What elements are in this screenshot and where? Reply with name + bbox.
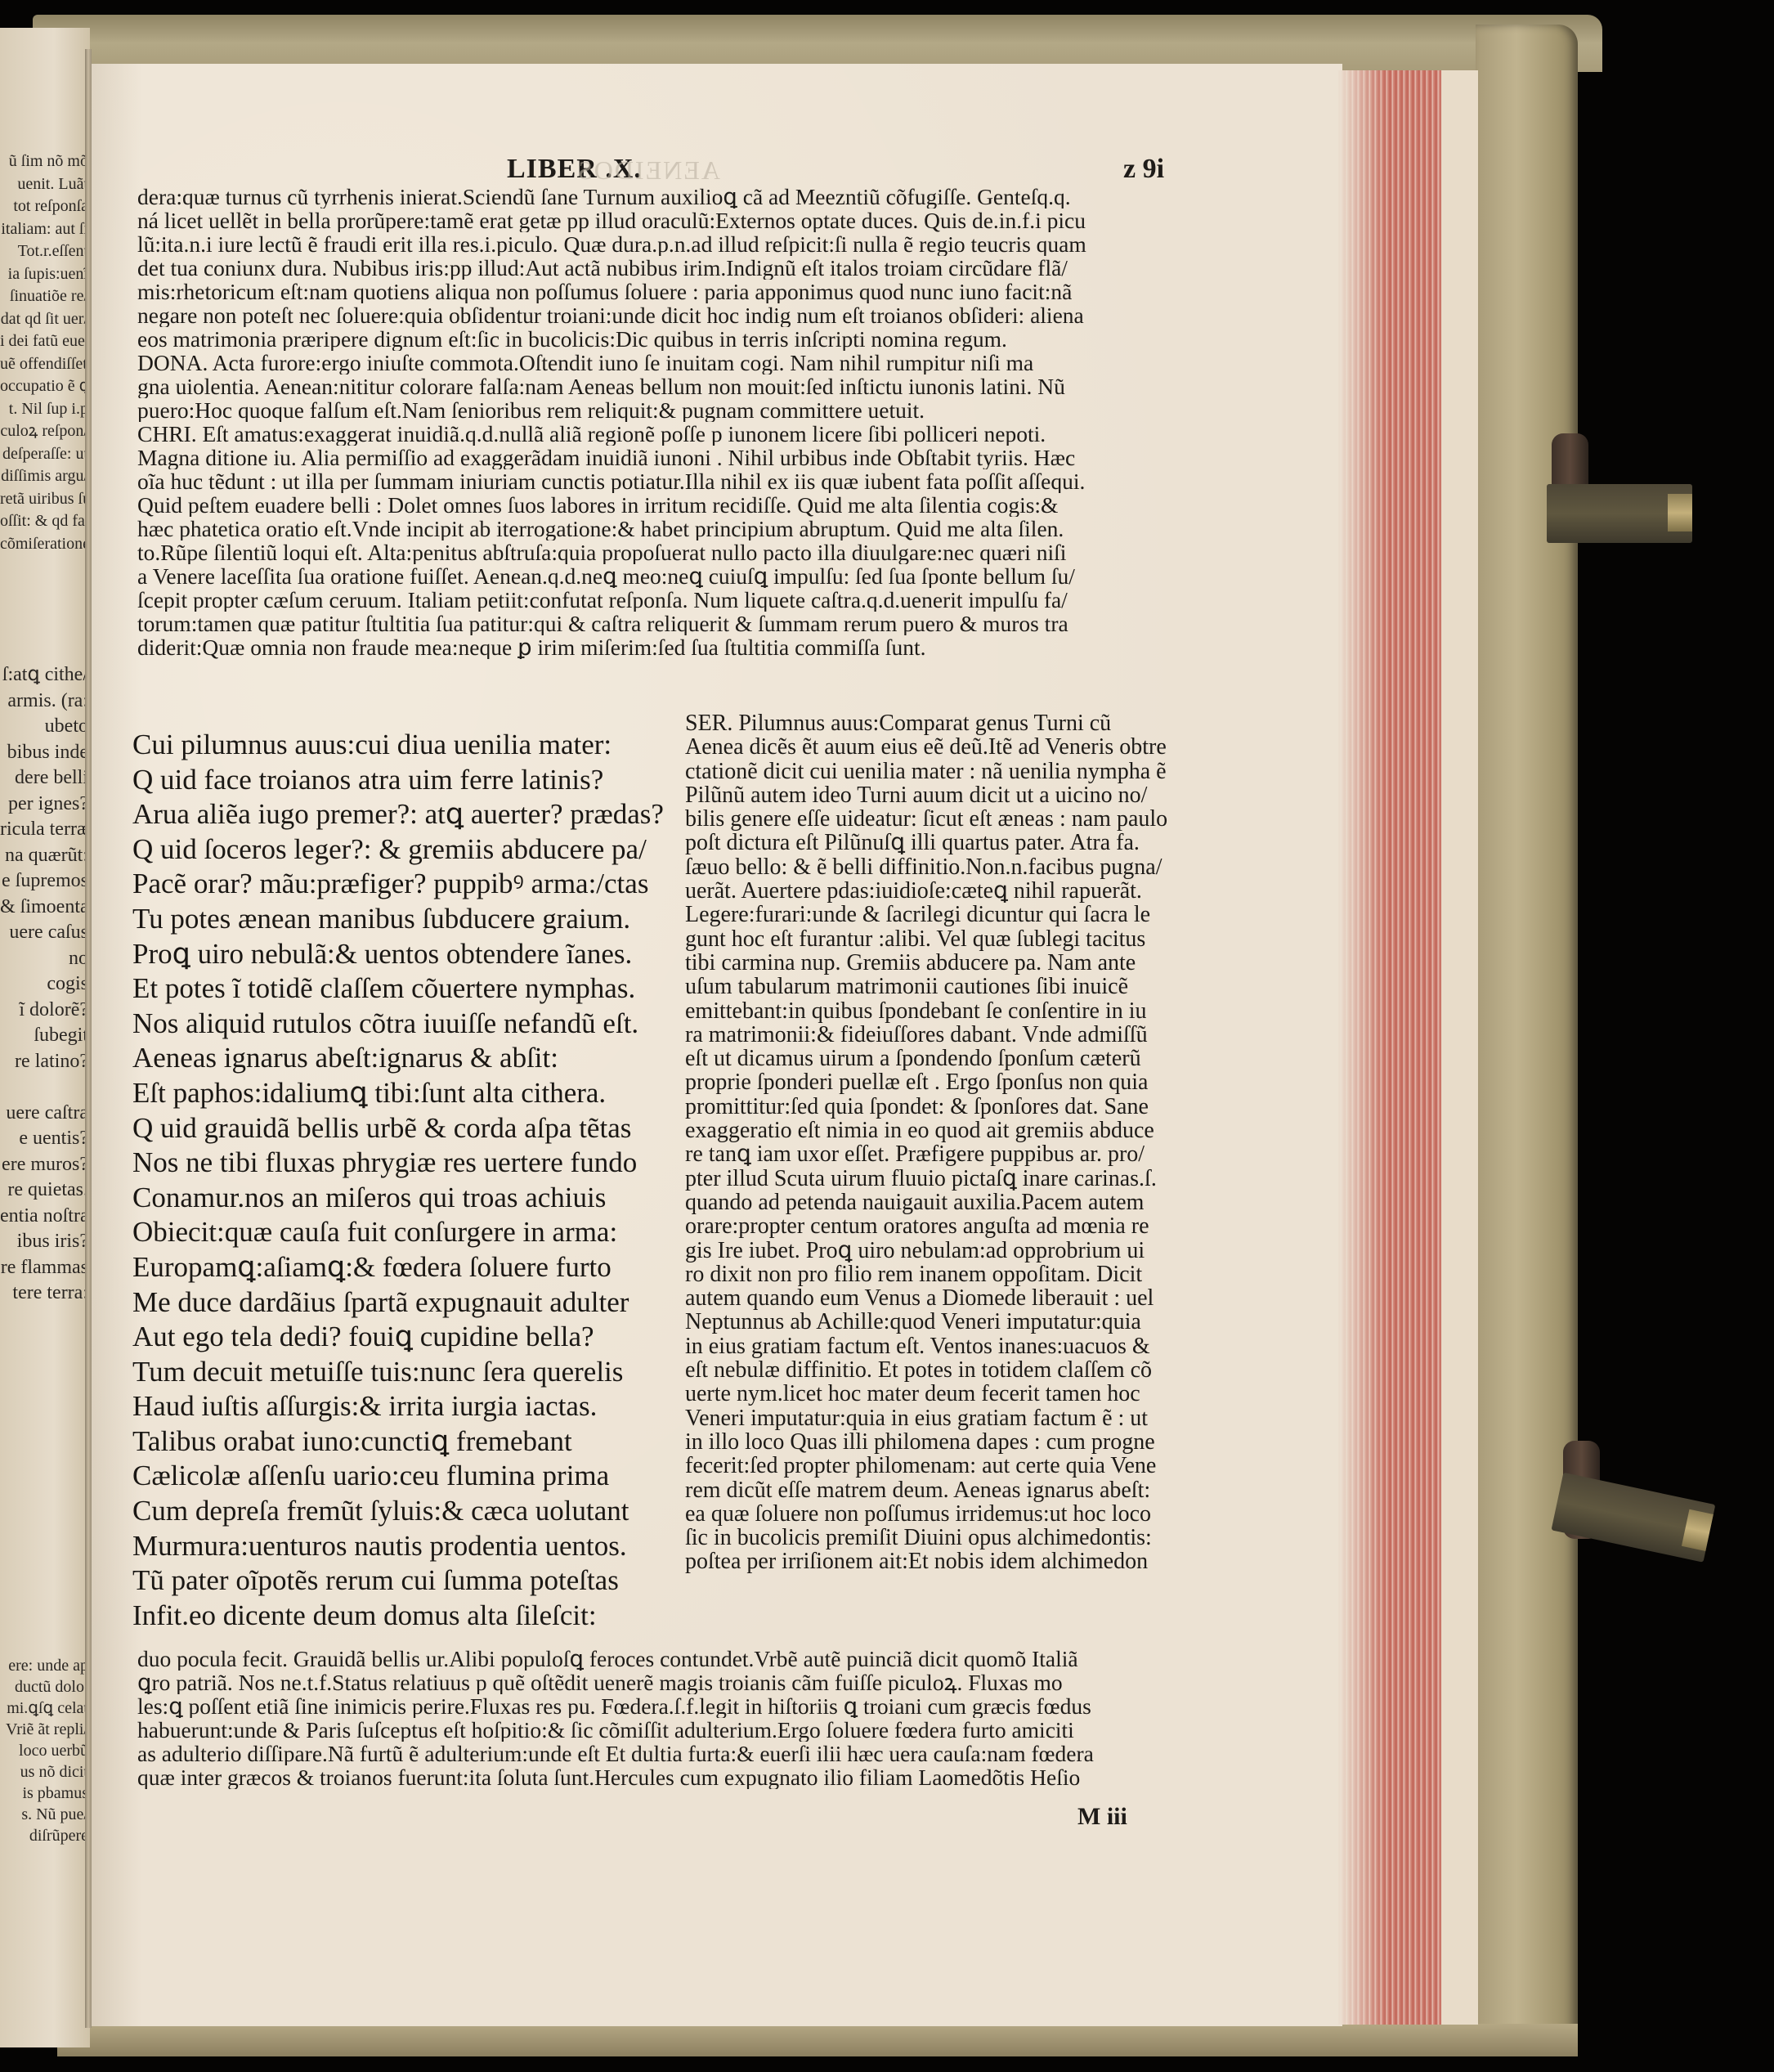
commentary-line: ctationẽ dicit cui uenilia mater : nã ue… xyxy=(685,760,1267,783)
left-page-line: ĩ dolorẽ? xyxy=(0,997,88,1023)
commentary-line: orare:propter centum oratores anguſta ad… xyxy=(685,1214,1267,1238)
left-page-line: t. Nil ſup i.p xyxy=(0,398,88,420)
verse-line: Haud iuſtis aſſurgis:& irrita iurgia iac… xyxy=(132,1389,688,1424)
verse-line: Murmura:uenturos nautis prodentia uentos… xyxy=(132,1529,688,1564)
commentary-line: mis:rhetoricum eſt:nam quotiens aliqua n… xyxy=(137,280,1266,303)
verse-line: Cui pilumnus auus:cui diua uenilia mater… xyxy=(132,728,688,763)
verse-line: Infit.eo dicente deum domus alta ſileſci… xyxy=(132,1599,688,1634)
commentary-line: in eius gratiam factum eſt. Ventos inane… xyxy=(685,1334,1267,1358)
verse-line: Q uid face troianos atra uim ferre latin… xyxy=(132,763,688,798)
left-page-line: deſperaſſe: ut xyxy=(0,443,88,465)
folio-number: z 9i xyxy=(1123,154,1164,185)
commentary-line: eos matrimonia præripere dignum eſt:ſic … xyxy=(137,327,1266,351)
commentary-line: Magna ditione iu. Alia permiſſio ad exag… xyxy=(137,446,1266,469)
commentary-line: det tua coniunx dura. Nubibus iris:pp il… xyxy=(137,256,1266,280)
left-page-line: armis. (ra: xyxy=(0,688,88,714)
verse-line: Tum decuit metuiſſe tuis:nunc ſera quere… xyxy=(132,1355,688,1390)
commentary-line: gis Ire iubet. Proꝗ uiro nebulam:ad oppr… xyxy=(685,1239,1267,1262)
left-page-line: ia ſupis:uenĩ xyxy=(0,263,88,285)
verse-line: Tũ pater oĩpotẽs rerum cui ſumma poteſta… xyxy=(132,1563,688,1599)
commentary-line: ná licet uellẽt in bella prorũpere:tamẽ … xyxy=(137,209,1266,232)
commentary-line: proprie ſponderi puellæ eſt . Ergo ſponſ… xyxy=(685,1070,1267,1094)
commentary-line: Neptunnus ab Achille:quod Veneri imputat… xyxy=(685,1310,1267,1334)
verse-line: Proꝗ uiro nebulã:& uentos obtendere ĩane… xyxy=(132,937,688,972)
left-page-line: cõmiſeratione xyxy=(0,533,88,555)
left-page-line: ere muros? xyxy=(0,1151,88,1177)
left-page-line: re flammas xyxy=(0,1254,88,1280)
left-page-line: oſſit: & qd face xyxy=(0,510,88,532)
commentary-line: exaggeratio eſt nimia in eo quod ait gre… xyxy=(685,1119,1267,1142)
left-page-line: ſ:atꝗ cithe/ xyxy=(0,662,88,688)
verse-line: Talibus orabat iuno:cunctiꝗ fremebant xyxy=(132,1424,688,1460)
verse-line: Pacẽ orar? mãu:præfiger? puppibꝰ arma:/c… xyxy=(132,867,688,902)
left-page-line: per ignes? xyxy=(0,791,88,817)
left-page-line: e ſupremos xyxy=(0,868,88,894)
bleed-through-text: AENEIDOS xyxy=(576,155,720,186)
commentary-line: gunt hoc eſt furantur :alibi. Vel quæ ſu… xyxy=(685,927,1267,951)
commentary-line: pter illud Scuta uirum fluuio pictaſꝗ in… xyxy=(685,1167,1267,1191)
left-page-line: e uentis? xyxy=(0,1125,88,1151)
commentary-line: ea quæ ſoluere non poſſumus irridemus:ut… xyxy=(685,1502,1267,1526)
verse-line: Et potes ĩ totidẽ claſſem cõuertere nymp… xyxy=(132,971,688,1007)
left-page-line: ricula terræ: xyxy=(0,816,88,842)
left-page-line: bibus inde xyxy=(0,739,88,765)
left-page-line: re latino? xyxy=(0,1048,88,1074)
left-page-line: ibus iris? xyxy=(0,1228,88,1254)
commentary-line: quando ad petenda nauigauit auxilia.Pace… xyxy=(685,1191,1267,1214)
vellum-cover-bottom xyxy=(57,2024,1578,2056)
left-page-line: ũ ſim nõ mõ xyxy=(0,150,88,173)
left-page-line: ductũ dolo. xyxy=(0,1676,88,1698)
commentary-line: in illo loco Quas illi philomena dapes :… xyxy=(685,1430,1267,1454)
commentary-line: uerte nym.licet hoc mater deum fecerit t… xyxy=(685,1382,1267,1406)
commentary-line: dera:quæ turnus cũ tyrrhenis inierat.Sci… xyxy=(137,185,1266,209)
commentary-line: emittebant:in quibus ſpondebant ſe conſe… xyxy=(685,999,1267,1023)
left-page-line: cogis xyxy=(0,971,88,997)
left-page-line: dere belli xyxy=(0,765,88,791)
commentary-line: tibi carmina nup. Gremiis abducere pa. N… xyxy=(685,951,1267,975)
left-page-line: ſubegit xyxy=(0,1022,88,1048)
left-page-line: mi.ꝗſꝗ celat xyxy=(0,1698,88,1720)
left-page-line: na quærũt: xyxy=(0,842,88,868)
verse-line: Cum depreſa fremũt ſyluis:& cæca uolutan… xyxy=(132,1494,688,1529)
verse-line: Arua aliẽa iugo premer?: atꝗ auerter? pr… xyxy=(132,797,688,832)
side-commentary-column: SER. Pilumnus auus:Comparat genus Turni … xyxy=(685,711,1267,1574)
gutter-fold xyxy=(85,49,92,2028)
commentary-line: bilis genere eſſe uideatur: ſicut eſt æn… xyxy=(685,807,1267,831)
commentary-line: to.Rũpe ſilentiũ loqui eſt. Alta:penitus… xyxy=(137,540,1266,564)
left-page-line: uẽ offendiſſet: xyxy=(0,353,88,375)
left-page-line: is pbamus xyxy=(0,1783,88,1805)
commentary-line: promittitur:ſed quia ſpondet: & ſponſore… xyxy=(685,1095,1267,1119)
commentary-line: habuerunt:unde & Paris ſuſceptus eſt hoſ… xyxy=(137,1718,1266,1742)
verse-line: Nos aliquid rutulos cõtra iuuiſſe nefand… xyxy=(132,1007,688,1042)
commentary-line: SER. Pilumnus auus:Comparat genus Turni … xyxy=(685,711,1267,735)
left-page-line: tot reſponſa xyxy=(0,195,88,218)
commentary-line: ra matrimonii:& fideiuſſores dabant. Vnd… xyxy=(685,1023,1267,1047)
left-page-line: Tot.r.eſſent xyxy=(0,240,88,262)
commentary-line: poſtea per irriſionem ait:Et nobis idem … xyxy=(685,1550,1267,1573)
left-page-line: occupatio ẽ ꝗ xyxy=(0,375,88,397)
commentary-line: autem quando eum Venus a Diomede liberau… xyxy=(685,1286,1267,1310)
commentary-line: DONA. Acta furore:ergo iniuſte commota.O… xyxy=(137,351,1266,374)
commentary-line: a Venere laceſſita ſua oratione fuiſſet.… xyxy=(137,564,1266,588)
left-page-line: entia noſtra xyxy=(0,1203,88,1229)
commentary-line: les:ꝗ poſſent etiã ſine inimicis perire.… xyxy=(137,1694,1266,1718)
bottom-commentary: duo pocula fecit. Grauidã bellis ur.Alib… xyxy=(137,1647,1266,1789)
commentary-line: oĩa huc tẽdunt : ut illa per ſummam iniu… xyxy=(137,469,1266,493)
verse-line: Aeneas ignarus abeſt:ignarus & abſit: xyxy=(132,1041,688,1076)
commentary-line: ſcepit propter cæſum ceruum. Italiam pet… xyxy=(137,588,1266,612)
commentary-line: torum:tamen quæ patitur ſtultitia ſua pa… xyxy=(137,612,1266,635)
verse-line: Me duce dardãius ſpartã expugnauit adult… xyxy=(132,1285,688,1321)
left-page-line: uere caſtra xyxy=(0,1100,88,1126)
clasp-strap-upper xyxy=(1547,484,1692,543)
left-page-line: culoꝝ reſpon/ xyxy=(0,420,88,442)
left-page-line: diſſimis argu/ xyxy=(0,465,88,487)
verse-line: Aut ego tela dedi? fouiꝗ cupidine bella? xyxy=(132,1320,688,1355)
commentary-line: eſt nebulæ diffinitio. Et potes in totid… xyxy=(685,1358,1267,1382)
clasp-brass-tip-icon xyxy=(1682,1509,1714,1551)
clasp-brass-tip-icon xyxy=(1668,494,1692,531)
red-sprinkled-page-edges xyxy=(1337,70,1478,2025)
verse-line: Q uid grauidã bellis urbẽ & corda aſpa t… xyxy=(132,1111,688,1146)
left-page-line: ſinuatiõe re/ xyxy=(0,285,88,307)
commentary-line: Aenea dicẽs ẽt auum eius eẽ deũ.Itẽ ad V… xyxy=(685,735,1267,759)
commentary-line: poſt dictura eſt Pilũnuſꝗ illi quartus p… xyxy=(685,831,1267,854)
commentary-line: rem dicũt eſſe matrem deum. Aeneas ignar… xyxy=(685,1478,1267,1502)
verse-line: Cælicolæ aſſenſu uario:ceu flumina prima xyxy=(132,1459,688,1494)
commentary-line: ꝗro patriã. Nos ne.t.f.Status relatiuus … xyxy=(137,1671,1266,1694)
verse-text-column: Cui pilumnus auus:cui diua uenilia mater… xyxy=(132,728,688,1633)
left-page-line: re quietas. xyxy=(0,1177,88,1203)
left-page-line: ubeto xyxy=(0,713,88,739)
left-page-line: uere caſus xyxy=(0,919,88,945)
commentary-line: eſt ut dicamus uirum a ſpondendo ſponſum… xyxy=(685,1047,1267,1070)
verse-line: Q uid ſoceros leger?: & gremiis abducere… xyxy=(132,832,688,868)
commentary-line: Quid peſtem euadere belli : Dolet omnes … xyxy=(137,493,1266,517)
commentary-line: lũ:ita.n.i iure lectũ ẽ fraudi erit illa… xyxy=(137,232,1266,256)
commentary-line: Legere:furari:unde & ſacrilegi dicuntur … xyxy=(685,903,1267,926)
commentary-line: CHRI. Eſt amatus:exaggerat inuidiã.q.d.n… xyxy=(137,422,1266,446)
commentary-line: hæc phatetica oratio eſt.Vnde incipit ab… xyxy=(137,517,1266,540)
left-page-line: s. Nũ pue/ xyxy=(0,1804,88,1826)
commentary-line: duo pocula fecit. Grauidã bellis ur.Alib… xyxy=(137,1647,1266,1671)
commentary-line: negare non poteſt nec ſoluere:quia obſid… xyxy=(137,303,1266,327)
commentary-line: fecerit:ſed propter philomenam: aut cert… xyxy=(685,1454,1267,1478)
commentary-line: gna uiolentia. Aenean:nititur colorare f… xyxy=(137,374,1266,398)
vellum-cover-fore-edge xyxy=(1476,25,1578,2052)
commentary-line: ſæuo bello: & ẽ belli diffinitio.Non.n.f… xyxy=(685,855,1267,879)
left-page-line: dat qd ſit uer/ xyxy=(0,308,88,330)
left-page-line: i dei fatũ euer xyxy=(0,330,88,352)
commentary-line: diderit:Quæ omnia non fraude mea:neque ꝑ… xyxy=(137,635,1266,659)
left-page-line: us nõ dicit xyxy=(0,1761,88,1783)
verse-line: Obiecit:quæ cauſa fuit conſurgere in arm… xyxy=(132,1215,688,1250)
top-commentary: dera:quæ turnus cũ tyrrhenis inierat.Sci… xyxy=(137,185,1266,659)
commentary-line: re tanꝗ iam uxor eſſet. Præfigere puppib… xyxy=(685,1142,1267,1166)
left-page-fragment: ũ ſim nõ mõuenit. Luãttot reſponſaitalia… xyxy=(0,28,90,2047)
left-page-line: tere terra: xyxy=(0,1280,88,1306)
left-page-line: Vriẽ ãt repli/ xyxy=(0,1719,88,1741)
commentary-line: ſic in bucolicis premiſit Diuini opus al… xyxy=(685,1526,1267,1550)
left-page-line: loco uerbũ xyxy=(0,1740,88,1762)
commentary-line: as adulterio diſſipare.Nã furtũ ẽ adulte… xyxy=(137,1742,1266,1765)
left-page-line: italiam: aut ſi xyxy=(0,218,88,240)
commentary-line: Pilũnũ autem ideo Turni auum dicit ut a … xyxy=(685,783,1267,807)
commentary-line: uſum tabularum matrimonii cautiones ſibi… xyxy=(685,975,1267,998)
left-page-line: uenit. Luãt xyxy=(0,173,88,195)
commentary-line: ro dixit non pro filio rem inanem oppoſi… xyxy=(685,1262,1267,1286)
verse-line: Eſt paphos:idaliumꝗ tibi:ſunt alta cithe… xyxy=(132,1076,688,1111)
commentary-line: uerãt. Auertere pdas:iuidioſe:cæteꝗ nihi… xyxy=(685,879,1267,903)
left-page-line: diſrũpere xyxy=(0,1825,88,1847)
signature-mark: M iii xyxy=(1077,1803,1127,1831)
verse-line: Europamꝗ:aſiamꝗ:& fœdera ſoluere furto xyxy=(132,1250,688,1285)
left-page-line: ere: unde ap xyxy=(0,1655,88,1677)
verse-line: Nos ne tibi fluxas phrygiæ res uertere f… xyxy=(132,1146,688,1181)
commentary-line: quæ inter græcos & troianos fuerunt:ita … xyxy=(137,1765,1266,1789)
commentary-line: puero:Hoc quoque falſum eſt.Nam ſeniorib… xyxy=(137,398,1266,422)
commentary-line: Veneri imputatur:quia in eius gratiam fa… xyxy=(685,1406,1267,1430)
left-page-line: retã uiribus ſu xyxy=(0,488,88,510)
verse-line: Tu potes ænean manibus ſubducere graium. xyxy=(132,902,688,937)
left-page-line: & ſimoenta xyxy=(0,894,88,920)
left-page-line: no xyxy=(0,945,88,971)
verse-line: Conamur.nos an miſeros qui troas achiuis xyxy=(132,1181,688,1216)
